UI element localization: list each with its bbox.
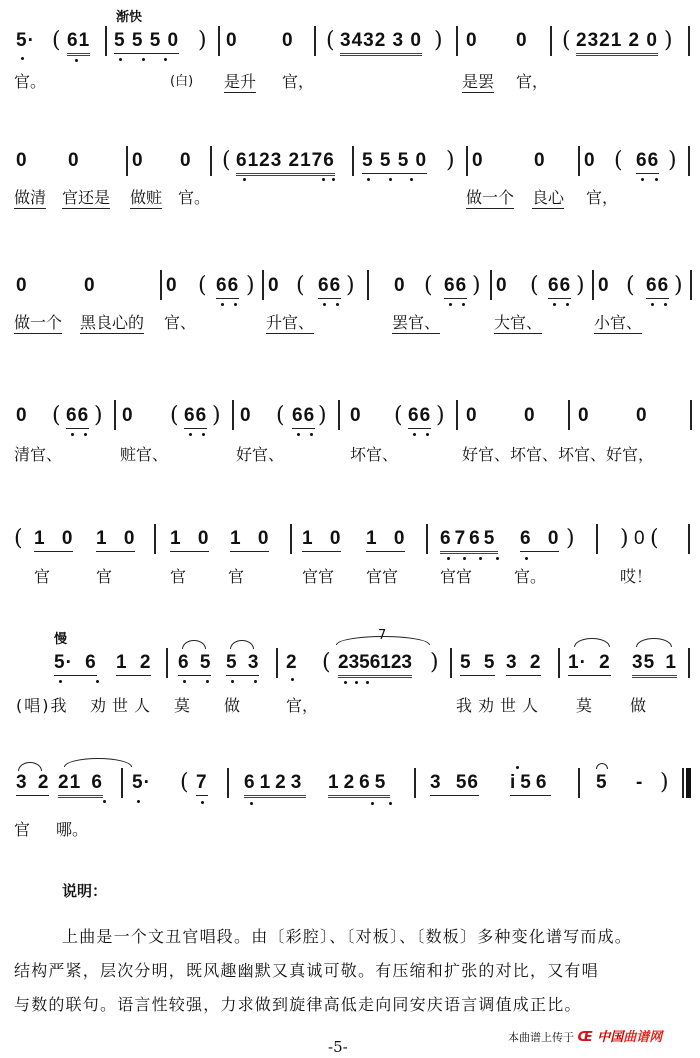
rest: 0	[132, 150, 144, 172]
low-dot	[137, 800, 140, 803]
note-group: 3432 3 0	[340, 30, 422, 56]
rest: 0	[636, 405, 648, 427]
low-dot	[254, 680, 257, 683]
lyric: 黑良心的	[80, 313, 144, 334]
barline	[466, 146, 468, 176]
barline	[592, 270, 594, 300]
note-group: 5 3	[226, 652, 259, 676]
note: 2	[286, 652, 298, 674]
low-dot	[323, 303, 326, 306]
paren-close: )	[576, 275, 585, 297]
barline	[232, 400, 234, 430]
rest: 0	[534, 150, 546, 172]
low-dot	[291, 678, 294, 681]
paren-open: (	[530, 275, 539, 297]
paren-close: )	[620, 528, 629, 550]
barline	[218, 26, 220, 56]
rest: 0	[226, 30, 238, 52]
rest: 0	[180, 150, 192, 172]
note-group: 66	[184, 405, 207, 429]
lyric: 官。	[178, 188, 210, 208]
note-group: i56	[510, 772, 551, 796]
note-group: 66	[318, 275, 341, 299]
paren-close: )	[446, 150, 455, 172]
lyric: 莫	[576, 696, 592, 716]
low-dot	[142, 58, 145, 61]
lyric: 官	[170, 567, 186, 587]
barline	[688, 146, 690, 176]
lyric: 罢官、	[392, 313, 440, 334]
site-logo-icon: Œ	[578, 1030, 593, 1045]
low-dot	[250, 802, 253, 805]
note: 5·	[132, 772, 151, 794]
low-dot	[371, 802, 374, 805]
lyric: 做赃	[130, 188, 162, 209]
note-group: 5 5	[460, 652, 495, 676]
rest: 0	[472, 150, 484, 172]
rest: 0	[16, 405, 28, 427]
lyric: 做一个	[466, 188, 514, 209]
barline	[227, 768, 229, 798]
lyric: 是升	[224, 72, 256, 93]
low-dot	[553, 303, 556, 306]
barline	[550, 26, 552, 56]
lyric: 官，	[282, 72, 314, 92]
low-dot	[479, 557, 482, 560]
low-dot	[336, 303, 339, 306]
note-group: 66	[636, 150, 659, 174]
low-dot	[426, 433, 429, 436]
low-dot	[231, 680, 234, 683]
note-group: 6 0	[520, 528, 559, 552]
rest: 0	[166, 275, 178, 297]
barline	[450, 648, 452, 678]
low-dot	[183, 680, 186, 683]
low-dot	[355, 681, 358, 684]
note-group: 2321 2 0	[576, 30, 658, 56]
note-group: 1 0	[170, 528, 209, 552]
paren-close: )	[472, 275, 481, 297]
barline	[166, 648, 168, 678]
note-group: 66	[646, 275, 669, 299]
lyric: 官。	[14, 72, 46, 92]
rest: 0	[598, 275, 610, 297]
lyric: 莫	[174, 696, 190, 716]
low-dot	[84, 433, 87, 436]
low-dot	[189, 433, 192, 436]
note-group: 5 5 5 0	[114, 30, 179, 54]
low-dot	[366, 681, 369, 684]
paren-open: (	[14, 528, 23, 550]
barline	[352, 146, 354, 176]
low-dot	[389, 178, 392, 181]
low-dot	[410, 178, 413, 181]
rest: 0	[16, 275, 28, 297]
dash: -	[636, 772, 643, 794]
note-group: 6 5	[178, 652, 211, 676]
paren-open: (	[424, 275, 433, 297]
rest: 0	[394, 275, 406, 297]
slur	[636, 638, 672, 647]
rest: 0	[268, 275, 280, 297]
lyric: 官，	[586, 188, 618, 208]
low-dot	[525, 557, 528, 560]
barline	[290, 524, 292, 554]
barline	[210, 146, 212, 176]
low-dot	[206, 680, 209, 683]
barline	[154, 524, 156, 554]
low-dot	[641, 178, 644, 181]
paren-close: )	[246, 275, 255, 297]
paren-open: (	[222, 150, 231, 172]
barline	[276, 648, 278, 678]
barline	[114, 400, 116, 430]
low-dot	[201, 801, 204, 804]
barline	[688, 648, 690, 678]
note-group: 66	[292, 405, 315, 429]
barline	[126, 146, 128, 176]
slur	[230, 640, 254, 649]
site-logo[interactable]: Œ 中国曲谱网	[578, 1026, 663, 1045]
paren-open: (	[170, 405, 179, 427]
barline	[578, 768, 580, 798]
lyric: 做	[630, 696, 646, 716]
lyric: 做清	[14, 188, 46, 209]
note-group: 6123 2176	[236, 150, 335, 176]
note-group: 1 0	[302, 528, 341, 552]
lyric: 做一个	[14, 313, 62, 334]
lyric: 官	[228, 567, 244, 587]
barline	[367, 270, 369, 300]
paren-close: )	[660, 772, 669, 794]
note-group: 35 1	[632, 652, 677, 678]
barline	[456, 400, 458, 430]
tempo-mark: 渐快	[116, 6, 142, 25]
rest: 0	[122, 405, 134, 427]
rest: 0	[466, 405, 478, 427]
slur	[182, 640, 206, 649]
low-dot	[119, 58, 122, 61]
lyric-spoken-mark: (白)	[170, 72, 193, 92]
note-group: 1 2	[116, 652, 151, 676]
note-group: 1· 2	[568, 652, 611, 676]
lyric: 清官、	[14, 445, 62, 465]
lyric: 官	[14, 820, 30, 840]
rest: 0	[282, 30, 294, 52]
note-group: 66	[444, 275, 467, 299]
slur	[64, 758, 132, 767]
paren-open: (	[322, 652, 331, 674]
paren-close: )	[346, 275, 355, 297]
low-dot	[310, 433, 313, 436]
barline	[490, 270, 492, 300]
tuplet-mark: 7	[378, 628, 386, 643]
paren-open: (	[626, 275, 635, 297]
low-dot	[96, 680, 99, 683]
high-dot	[516, 766, 519, 769]
note: 5·	[16, 30, 35, 52]
rest: 0	[350, 405, 362, 427]
paren-close: )	[212, 405, 221, 427]
barline	[414, 768, 416, 798]
rest: 0	[578, 405, 590, 427]
barline	[690, 400, 692, 430]
paren-open: (	[276, 405, 285, 427]
paren-open: (	[614, 150, 623, 172]
rest: 0	[524, 405, 536, 427]
lyric: 小官、	[594, 313, 642, 334]
lyric: 良心	[532, 188, 564, 209]
lyric: 升官、	[266, 313, 314, 334]
note-fermata: 5	[596, 772, 608, 794]
fermata-icon	[596, 763, 608, 769]
note-group: 66	[66, 405, 89, 429]
low-dot	[332, 178, 335, 181]
paren-open: (	[198, 275, 207, 297]
lyric: 官	[96, 567, 112, 587]
lyric: 好官、	[236, 445, 284, 465]
site-name-part2: 曲谱网	[623, 1030, 662, 1045]
lyric: 赃官、	[120, 445, 168, 465]
low-dot	[449, 303, 452, 306]
note-group: 21 6	[58, 772, 103, 798]
lyric: 官。	[514, 567, 546, 587]
lyric: 官、	[164, 313, 196, 333]
explanation-heading: 说明：	[62, 880, 107, 901]
watermark: 本曲谱上传于 Œ 中国曲谱网	[508, 1026, 662, 1045]
lyric: 做	[224, 696, 240, 716]
paren-open: (	[180, 772, 189, 794]
low-dot	[367, 178, 370, 181]
low-dot	[462, 303, 465, 306]
barline	[596, 524, 598, 554]
rest: 0	[516, 30, 528, 52]
barline	[262, 270, 264, 300]
rest: 0	[68, 150, 80, 172]
rest: 0	[16, 150, 28, 172]
note-group: 66	[408, 405, 431, 429]
paren-open: (	[650, 528, 659, 550]
lyric: 坏官、	[350, 445, 398, 465]
upload-text: 本曲谱上传于	[508, 1031, 574, 1044]
note-group: 1 0	[34, 528, 73, 552]
lyric: 官官	[302, 567, 334, 587]
final-barline-thin	[682, 768, 684, 798]
explanation-line-3: 与数的联句。语言性较强，力求做到旋律高低走向同安庆语言调值成正比。	[14, 988, 582, 1022]
note-group: 3 2	[16, 772, 49, 796]
paren-close: )	[674, 275, 683, 297]
low-dot	[655, 178, 658, 181]
barline	[578, 146, 580, 176]
lyric: 好官、坏官、坏官、好官，	[462, 445, 654, 465]
barline	[558, 648, 560, 678]
final-barline-thick	[686, 768, 691, 798]
note-group: 5· 6	[54, 652, 97, 676]
paren-open: (	[52, 30, 61, 52]
low-dot	[59, 680, 62, 683]
low-dot	[21, 57, 24, 60]
low-dot	[243, 178, 246, 181]
barline	[688, 26, 690, 56]
rest: 0	[240, 405, 252, 427]
paren-open: (	[52, 405, 61, 427]
low-dot	[322, 178, 325, 181]
low-dot	[234, 303, 237, 306]
rest: 0	[496, 275, 508, 297]
note-group: 6123	[244, 772, 306, 798]
site-name-part1: 中国	[597, 1030, 623, 1045]
paren-close: )	[436, 405, 445, 427]
rest: 0	[466, 30, 478, 52]
note-group: 61	[67, 30, 90, 56]
note: 7	[196, 772, 208, 796]
paren-close: )	[434, 30, 443, 52]
slur	[18, 762, 42, 771]
lyric: 是罢	[462, 72, 494, 93]
paren-open: (	[394, 405, 403, 427]
note-group: 66	[548, 275, 571, 299]
low-dot	[566, 303, 569, 306]
rest: 0	[634, 528, 646, 550]
low-dot	[344, 681, 347, 684]
lyric: 哎！	[620, 567, 652, 587]
paren-close: )	[668, 150, 677, 172]
lyric: 劝世人	[90, 696, 156, 716]
paren-close: )	[664, 30, 673, 52]
note-group: 1265	[328, 772, 390, 798]
low-dot	[75, 59, 78, 62]
low-dot	[496, 557, 499, 560]
barline	[121, 768, 123, 798]
note-group: 1 0	[366, 528, 405, 552]
lyric: 我劝世人	[456, 696, 544, 716]
note-group: 2356123	[338, 652, 412, 678]
low-dot	[463, 557, 466, 560]
barline	[338, 400, 340, 430]
low-dot	[413, 433, 416, 436]
lyric: 官还是	[62, 188, 110, 209]
barline	[314, 26, 316, 56]
low-dot	[389, 802, 392, 805]
paren-close: )	[94, 405, 103, 427]
explanation-line-1: 上曲是一个文丑官唱段。由〔彩腔〕、〔对板〕、〔数板〕多种变化谱写而成。	[62, 920, 632, 954]
note-group: 3 2	[506, 652, 541, 676]
low-dot	[71, 433, 74, 436]
low-dot	[651, 303, 654, 306]
note-group: 6765	[440, 528, 498, 554]
note-group: 5 5 5 0	[362, 150, 427, 174]
low-dot	[447, 557, 450, 560]
barline	[160, 270, 162, 300]
barline	[456, 26, 458, 56]
lyric: 哪。	[56, 820, 88, 840]
low-dot	[202, 433, 205, 436]
barline	[690, 270, 692, 300]
paren-close: )	[318, 405, 327, 427]
barline	[688, 524, 690, 554]
lyric: 官	[34, 567, 50, 587]
paren-open: (	[562, 30, 571, 52]
paren-open: (	[326, 30, 335, 52]
low-dot	[103, 800, 106, 803]
rest: 0	[584, 150, 596, 172]
lyric: 官，	[516, 72, 548, 92]
page-number: -5-	[328, 1038, 348, 1056]
lyric: 大官、	[494, 313, 542, 334]
low-dot	[164, 58, 167, 61]
lyric: 官官	[440, 567, 472, 587]
low-dot	[221, 303, 224, 306]
note-group: 66	[216, 275, 239, 299]
lyric: 官，	[286, 696, 318, 716]
barline	[426, 524, 428, 554]
note-group: 1 0	[230, 528, 269, 552]
low-dot	[297, 433, 300, 436]
low-dot	[664, 303, 667, 306]
slur	[574, 638, 610, 647]
note-group: 1 0	[96, 528, 135, 552]
barline	[105, 26, 107, 56]
note-group: 3 56	[430, 772, 479, 796]
paren-close: )	[198, 30, 207, 52]
rest: 0	[84, 275, 96, 297]
explanation-line-2: 结构严紧，层次分明，既风趣幽默又真诚可敬。有压缩和扩张的对比，又有唱	[14, 954, 599, 988]
lyric: (唱)我	[16, 696, 69, 716]
barline	[568, 400, 570, 430]
paren-close: )	[430, 652, 439, 674]
paren-close: )	[566, 528, 575, 550]
tempo-mark: 慢	[54, 628, 67, 647]
paren-open: (	[296, 275, 305, 297]
lyric: 官官	[366, 567, 398, 587]
